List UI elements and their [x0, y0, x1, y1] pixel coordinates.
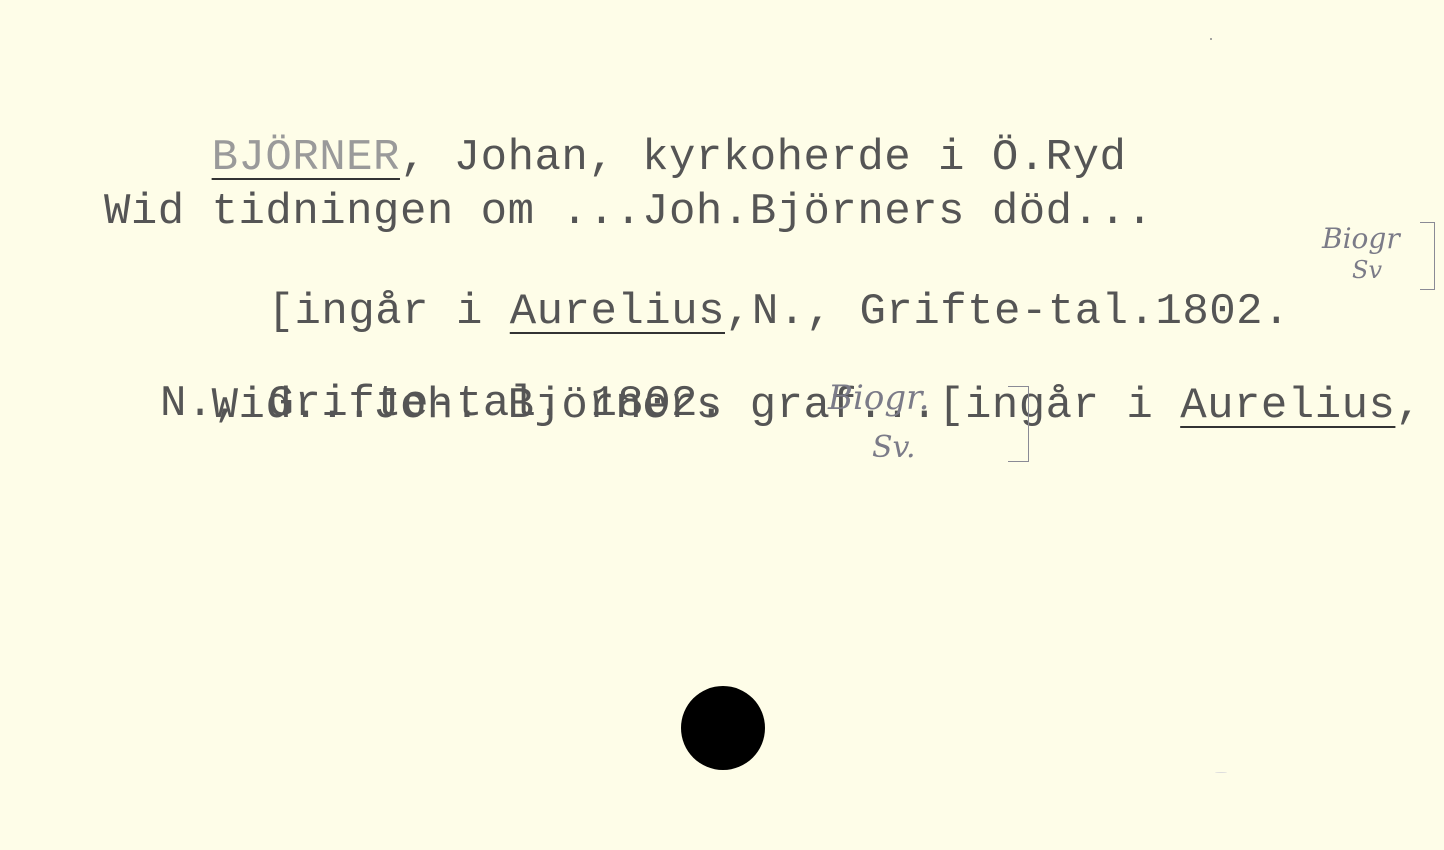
- entry-1-annotation-sv: Sv: [1352, 256, 1382, 284]
- entry-1-annotation-biogr: Biogr: [1322, 222, 1400, 255]
- entry-2-annotation-biogr: Biogr.: [828, 378, 929, 418]
- catalog-card: BJÖRNER, Johan, kyrkoherde i Ö.Ryd Wid t…: [0, 0, 1444, 850]
- paper-speck: [1210, 38, 1212, 40]
- heading-rest: , Johan, kyrkoherde i Ö.Ryd: [400, 133, 1126, 183]
- entry-2-annotation-sv: Sv.: [872, 430, 915, 465]
- paper-speck: [1215, 772, 1227, 773]
- entry-2-suffix: ,: [1395, 381, 1422, 431]
- entry-2-line-2: N., Grifte-tal. 1802.: [160, 380, 725, 428]
- entry-2-series-title: Aurelius: [1180, 381, 1395, 431]
- punch-hole: [681, 686, 765, 770]
- entry-1-prefix: [ingår i: [268, 287, 510, 337]
- entry-1-pencil-bracket: [1420, 222, 1435, 290]
- entry-1-line-1: Wid tidningen om ...Joh.Björners död...: [104, 188, 1153, 236]
- heading-surname: BJÖRNER: [212, 133, 400, 183]
- entry-2-pencil-bracket: [1008, 386, 1029, 462]
- entry-1-suffix: ,N., Grifte-tal.1802.: [725, 287, 1290, 337]
- entry-1-series-title: Aurelius: [510, 287, 725, 337]
